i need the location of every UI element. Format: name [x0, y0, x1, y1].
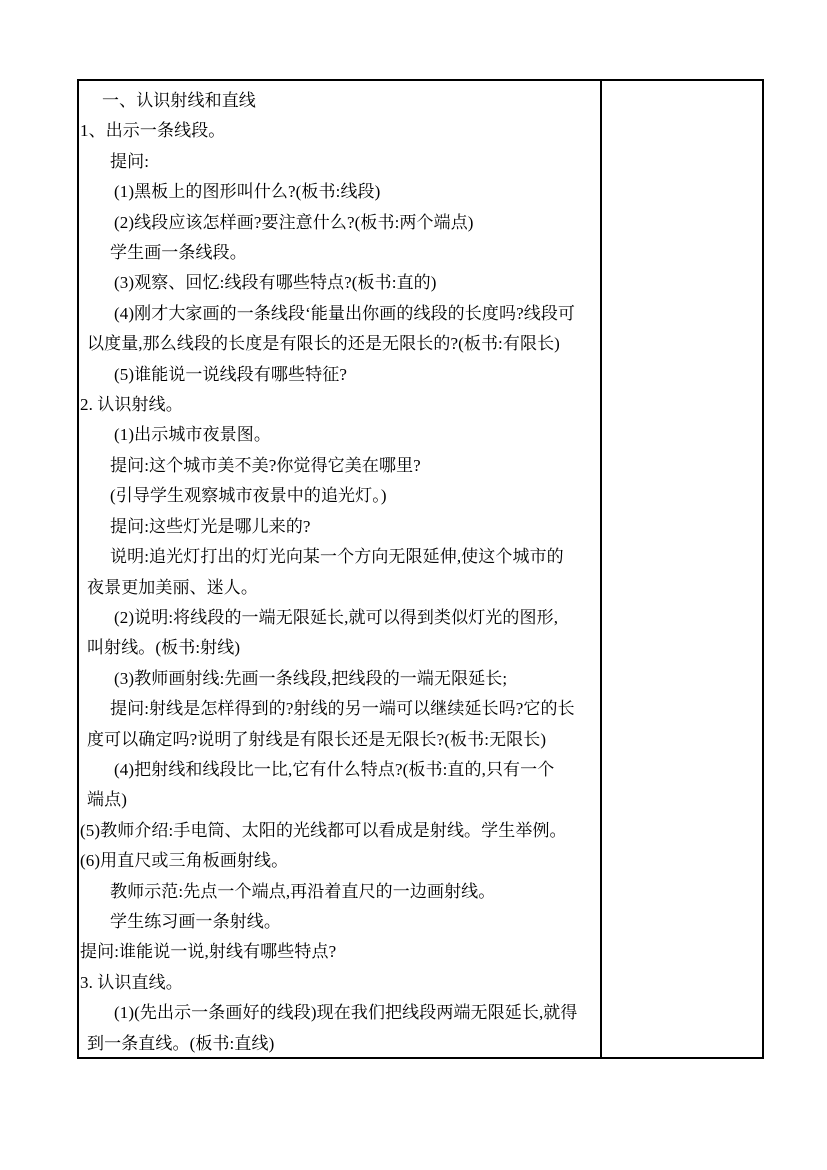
- text-line: (4)把射线和线段比一比,它有什么特点?(板书:直的,只有一个: [79, 755, 600, 785]
- text-line: 3. 认识直线。: [79, 968, 600, 998]
- text-line: 说明:追光灯打出的灯光向某一个方向无限延伸,使这个城市的: [79, 542, 600, 572]
- text-line: 学生画一条线段。: [79, 238, 600, 268]
- text-line: 度可以确定吗?说明了射线是有限长还是无限长?(板书:无限长): [79, 725, 600, 755]
- text-line: (3)教师画射线:先画一条线段,把线段的一端无限延长;: [79, 664, 600, 694]
- text-line: (1)出示城市夜景图。: [79, 420, 600, 450]
- text-line: (3)观察、回忆:线段有哪些特点?(板书:直的): [79, 268, 600, 298]
- notes-cell: [602, 81, 762, 1057]
- text-line: 一、认识射线和直线: [79, 86, 600, 116]
- text-line: (6)用直尺或三角板画射线。: [79, 846, 600, 876]
- text-line: (1)(先出示一条画好的线段)现在我们把线段两端无限延长,就得: [79, 998, 600, 1028]
- text-line: 2. 认识射线。: [79, 390, 600, 420]
- text-line: 学生练习画一条射线。: [79, 907, 600, 937]
- text-line: (2)说明:将线段的一端无限延长,就可以得到类似灯光的图形,: [79, 603, 600, 633]
- text-line: 提问:这些灯光是哪儿来的?: [79, 512, 600, 542]
- text-line: 端点): [79, 785, 600, 815]
- text-line: 教师示范:先点一个端点,再沿着直尺的一边画射线。: [79, 877, 600, 907]
- text-line: (2)线段应该怎样画?要注意什么?(板书:两个端点): [79, 208, 600, 238]
- text-line: 叫射线。(板书:射线): [79, 633, 600, 663]
- text-line: (引导学生观察城市夜景中的追光灯。): [79, 481, 600, 511]
- text-line: 夜景更加美丽、迷人。: [79, 573, 600, 603]
- text-line: 提问:: [79, 147, 600, 177]
- text-line: (1)黑板上的图形叫什么?(板书:线段): [79, 177, 600, 207]
- text-line: 到一条直线。(板书:直线): [79, 1029, 600, 1057]
- lesson-plan-table: 一、认识射线和直线1、出示一条线段。提问:(1)黑板上的图形叫什么?(板书:线段…: [77, 79, 764, 1059]
- text-line: 提问:谁能说一说,射线有哪些特点?: [79, 937, 600, 967]
- text-line: 提问:射线是怎样得到的?射线的另一端可以继续延长吗?它的长: [79, 694, 600, 724]
- text-line: (4)刚才大家画的一条线段‘能量出你画的线段的长度吗?线段可: [79, 299, 600, 329]
- text-line: 以度量,那么线段的长度是有限长的还是无限长的?(板书:有限长): [79, 329, 600, 359]
- text-line: (5)谁能说一说线段有哪些特征?: [79, 360, 600, 390]
- text-line: 提问:这个城市美不美?你觉得它美在哪里?: [79, 451, 600, 481]
- document-page: 一、认识射线和直线1、出示一条线段。提问:(1)黑板上的图形叫什么?(板书:线段…: [0, 0, 827, 1170]
- lesson-content-cell: 一、认识射线和直线1、出示一条线段。提问:(1)黑板上的图形叫什么?(板书:线段…: [79, 81, 602, 1057]
- text-line: (5)教师介绍:手电筒、太阳的光线都可以看成是射线。学生举例。: [79, 816, 600, 846]
- text-line: 1、出示一条线段。: [79, 116, 600, 146]
